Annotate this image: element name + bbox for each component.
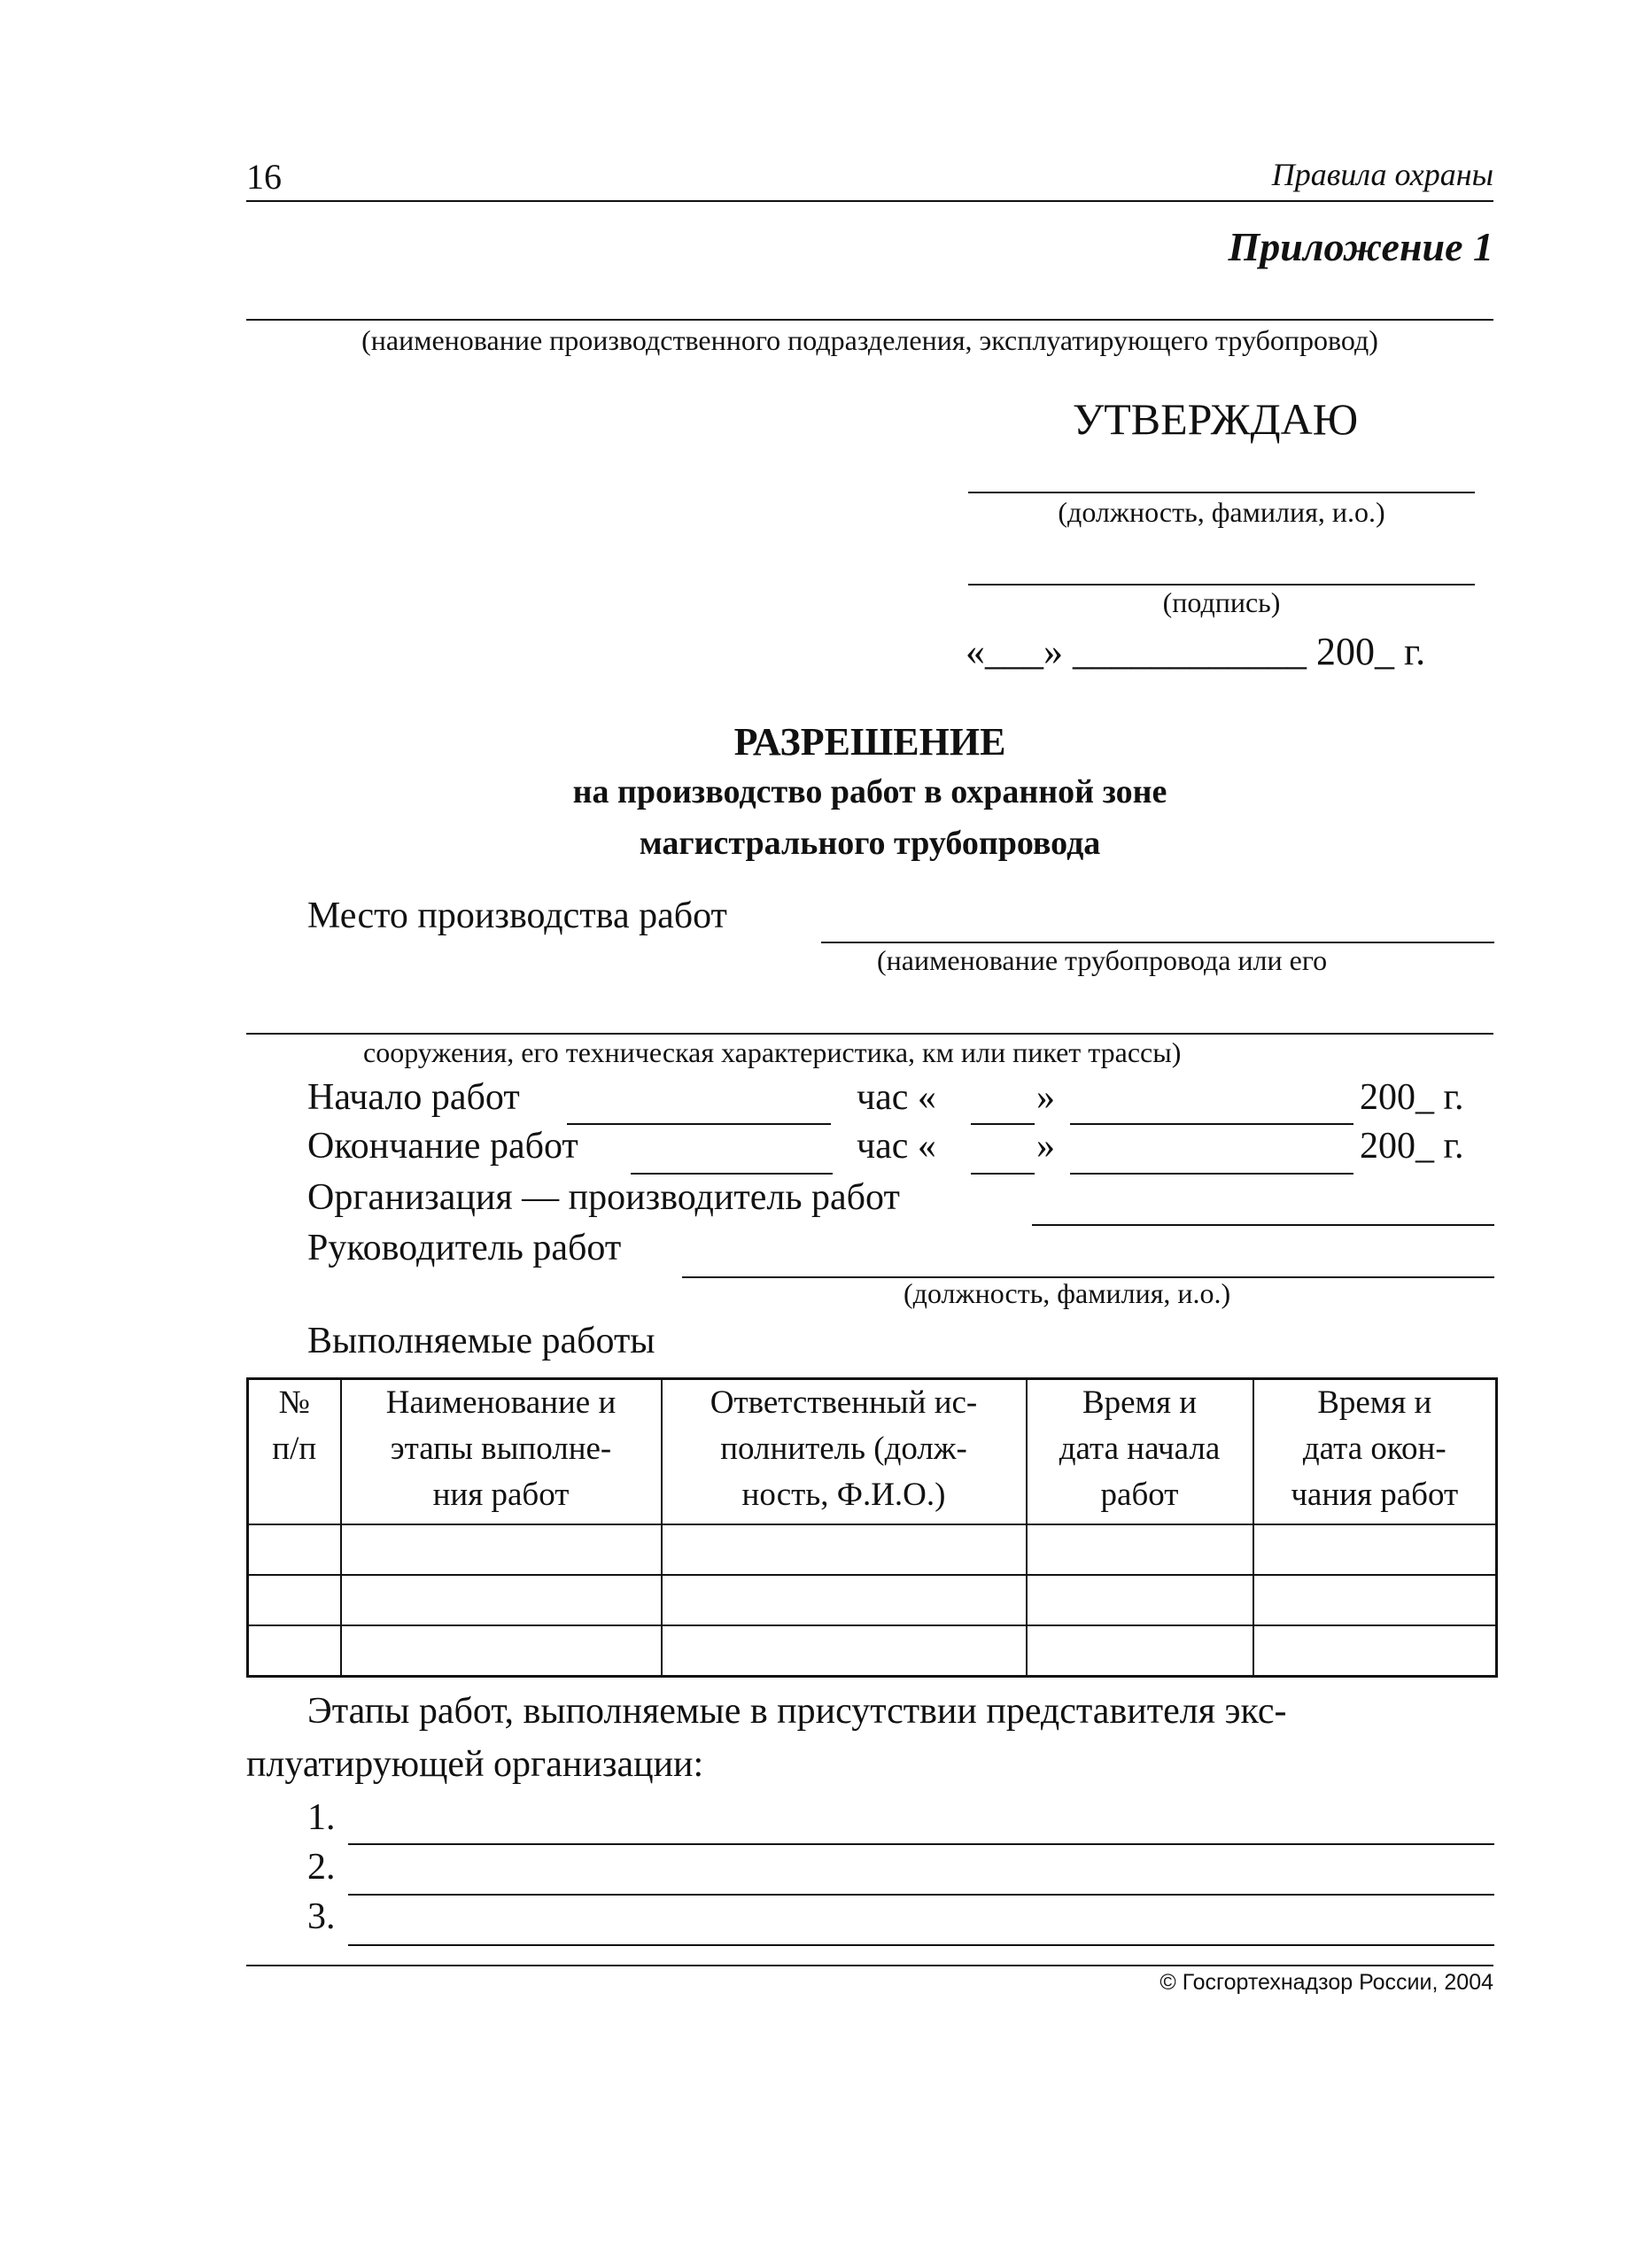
table-row <box>248 1524 1497 1575</box>
running-title: Правила охраны <box>1272 156 1493 193</box>
table-cell[interactable] <box>662 1575 1027 1625</box>
end-hour-text: час « <box>857 1125 936 1167</box>
contractor-organization-field-line[interactable] <box>1032 1224 1494 1226</box>
approver-signature-caption: (подпись) <box>968 586 1475 619</box>
works-table: № п/п Наименование и этапы выполне- ния … <box>246 1377 1498 1678</box>
table-cell[interactable] <box>1253 1575 1497 1625</box>
document-subtitle-line1: на производство работ в охранной зоне <box>246 772 1493 811</box>
stage-item-field-line[interactable] <box>348 1944 1494 1946</box>
stage-item-field-line[interactable] <box>348 1894 1494 1896</box>
work-place-caption-part1: (наименование трубопровода или его <box>877 944 1327 977</box>
stages-paragraph-line2: плуатирующей организации: <box>246 1743 703 1786</box>
approver-position-caption: (должность, фамилия, и.о.) <box>968 496 1475 529</box>
column-header-work-name: Наименование и этапы выполне- ния работ <box>341 1379 662 1525</box>
table-cell[interactable] <box>248 1625 341 1677</box>
stage-item-field-line[interactable] <box>348 1843 1494 1845</box>
end-hour-field-line[interactable] <box>631 1173 833 1175</box>
approver-signature-field-line[interactable] <box>968 584 1475 585</box>
organization-caption: (наименование производственного подразде… <box>246 324 1493 357</box>
end-label: Окончание работ <box>307 1125 578 1167</box>
end-month-field-line[interactable] <box>1070 1173 1353 1175</box>
start-month-field-line[interactable] <box>1070 1123 1353 1125</box>
table-cell[interactable] <box>341 1625 662 1677</box>
page-number: 16 <box>246 156 282 198</box>
copyright-notice: © Госгортехнадзор России, 2004 <box>1160 1970 1493 1996</box>
table-cell[interactable] <box>662 1625 1027 1677</box>
contractor-organization-label: Организация — производитель работ <box>307 1176 900 1219</box>
start-day-field-line[interactable] <box>971 1123 1035 1125</box>
start-hour-field-line[interactable] <box>567 1123 831 1125</box>
end-quote-close: » <box>1036 1125 1055 1167</box>
work-leader-label: Руководитель работ <box>307 1227 621 1269</box>
start-label: Начало работ <box>307 1076 520 1119</box>
work-place-field-line[interactable] <box>821 942 1494 943</box>
start-hour-text: час « <box>857 1076 936 1119</box>
column-header-end-time: Время и дата окон- чания работ <box>1253 1379 1497 1525</box>
table-header-row: № п/п Наименование и этапы выполне- ния … <box>248 1379 1497 1525</box>
table-cell[interactable] <box>1027 1575 1253 1625</box>
table-cell[interactable] <box>341 1524 662 1575</box>
work-place-field-line-2[interactable] <box>246 1033 1493 1035</box>
table-row <box>248 1575 1497 1625</box>
table-cell[interactable] <box>1253 1524 1497 1575</box>
stages-paragraph-line1: Этапы работ, выполняемые в присутствии п… <box>307 1690 1287 1733</box>
table-cell[interactable] <box>662 1524 1027 1575</box>
table-cell[interactable] <box>248 1524 341 1575</box>
end-day-field-line[interactable] <box>971 1173 1035 1175</box>
column-header-start-time: Время и дата начала работ <box>1027 1379 1253 1525</box>
table-cell[interactable] <box>1027 1524 1253 1575</box>
table-cell[interactable] <box>1027 1625 1253 1677</box>
start-year-text: 200_ г. <box>1360 1076 1464 1119</box>
stage-item-number: 1. <box>307 1796 336 1839</box>
organization-field-line[interactable] <box>246 319 1493 321</box>
document-subtitle-line2: магистрального трубопровода <box>246 824 1493 863</box>
works-section-label: Выполняемые работы <box>307 1320 655 1362</box>
column-header-number: № п/п <box>248 1379 341 1525</box>
work-place-caption-part2: сооружения, его техническая характеристи… <box>363 1036 1181 1069</box>
document-title: РАЗРЕШЕНИЕ <box>246 719 1493 764</box>
approval-date-line[interactable]: «___» ____________ 200_ г. <box>966 629 1425 674</box>
header-divider <box>246 200 1493 202</box>
approval-heading: УТВЕРЖДАЮ <box>967 393 1463 445</box>
table-cell[interactable] <box>341 1575 662 1625</box>
table-row <box>248 1625 1497 1677</box>
work-leader-caption: (должность, фамилия, и.о.) <box>904 1277 1230 1310</box>
stage-item-number: 3. <box>307 1896 336 1938</box>
start-quote-close: » <box>1036 1076 1055 1119</box>
table-cell[interactable] <box>1253 1625 1497 1677</box>
work-place-label: Место производства работ <box>307 895 727 937</box>
appendix-label: Приложение 1 <box>1229 223 1493 270</box>
approver-position-field-line[interactable] <box>968 492 1475 493</box>
stage-item-number: 2. <box>307 1846 336 1888</box>
footer-divider <box>246 1965 1493 1966</box>
column-header-responsible: Ответственный ис- полнитель (долж- ность… <box>662 1379 1027 1525</box>
table-cell[interactable] <box>248 1575 341 1625</box>
end-year-text: 200_ г. <box>1360 1125 1464 1167</box>
